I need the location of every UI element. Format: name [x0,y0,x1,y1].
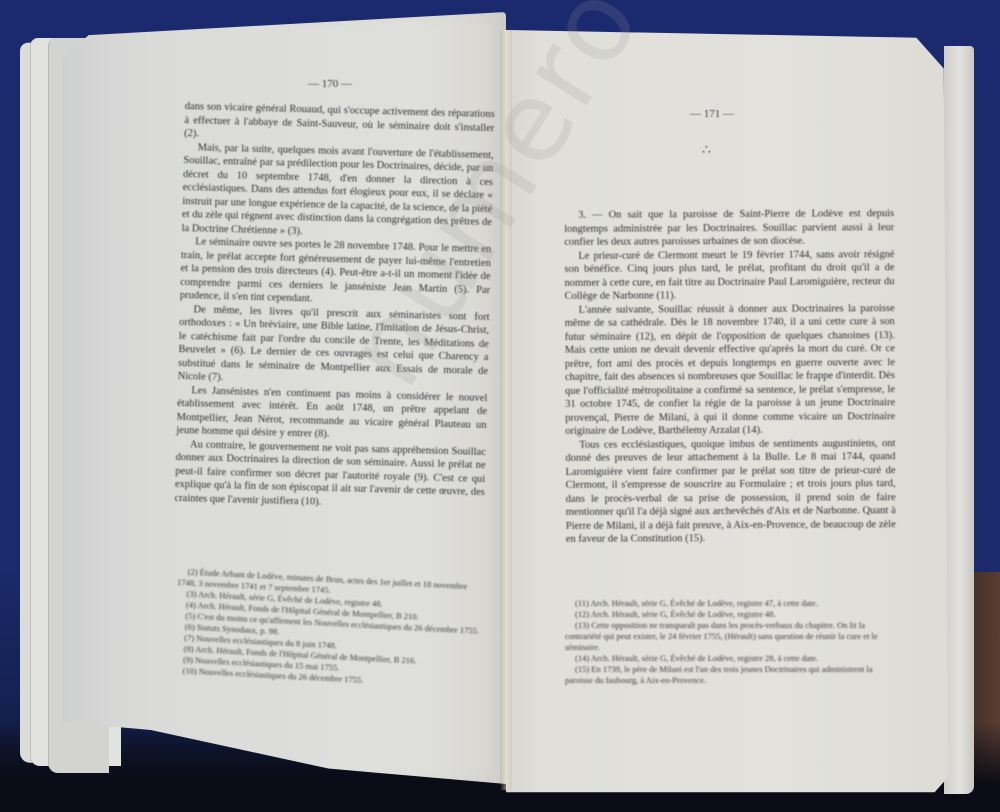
paragraph: Au contraire, le gouvernement ne voit pa… [174,437,486,513]
paragraph: Le prieur-curé de Clermont meurt le 19 f… [564,248,894,304]
paragraph: 3. — On sait que la paroisse de Saint-Pi… [564,207,894,249]
paragraph: De même, les livres qu'il prescrit aux s… [178,302,490,391]
book-gutter [500,30,512,790]
footnote: (11) Arch. Hérault, série G, Évêché de L… [565,598,895,609]
footnote: (13) Cette opposition ne transparaît pas… [565,620,895,653]
page-number-left: — 170 — [308,78,352,90]
paragraph: Les Jansénistes n'en continuent pas moin… [176,383,487,445]
paragraph: Le séminaire ouvre ses portes le 28 nove… [180,235,492,311]
footnote: (14) Arch. Hérault, série G, Évêché de L… [565,653,895,664]
paragraph: Mais, par la suite, quelques mois avant … [181,140,493,243]
right-page-body: 3. — On sait que la paroisse de Saint-Pi… [564,207,896,546]
paragraph: L'année suivante, Souillac réussit à don… [565,302,896,439]
left-page-body: dans son vicaire général Rouaud, qui s'o… [174,100,494,513]
page-number-right: — 171 — [690,108,734,120]
left-page-footnotes: (2) Étude Arbant de Lodève, minutes de B… [172,566,487,692]
paragraph: Tous ces ecclésiastiques, quoique imbus … [565,437,896,547]
footnote: (15) En 1739, le père de Milani est l'un… [565,664,895,686]
section-ornament-icon: ∴ [702,142,711,159]
photo-scene: — 170 — dans son vicaire général Rouaud,… [0,0,1000,812]
footnote: (12) Arch. Hérault, série G, Évêché de L… [565,609,895,620]
right-page-footnotes: (11) Arch. Hérault, série G, Évêché de L… [565,598,895,686]
right-page-stack-edge [944,46,974,794]
